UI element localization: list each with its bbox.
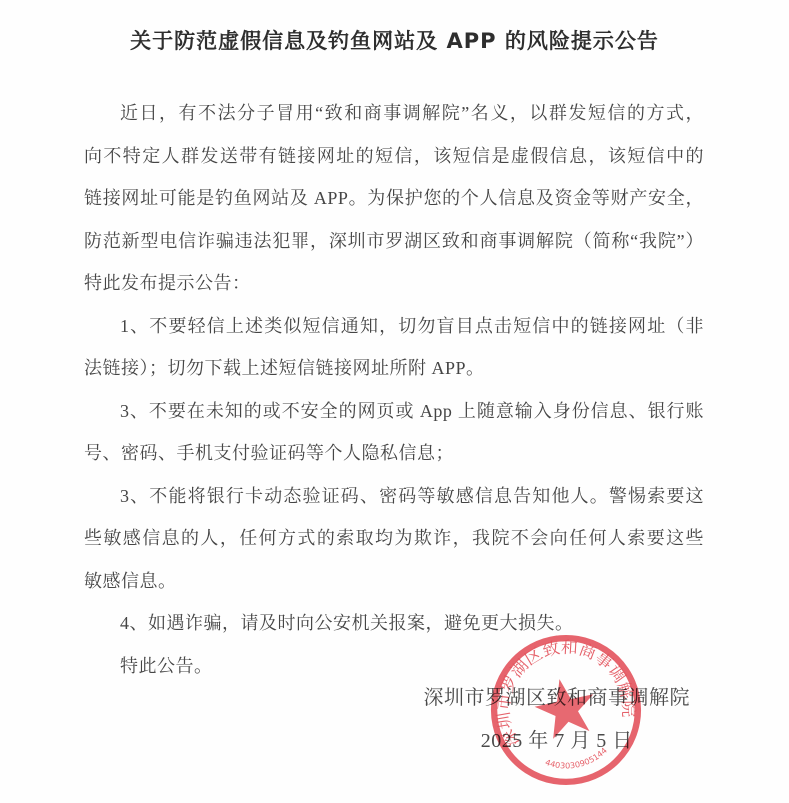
text-line: 1、不要轻信上述类似短信通知，切勿盲目点击短信中的链接网址（非: [84, 305, 704, 348]
text-line: 法链接）；切勿下载上述短信链接网址所附 APP。: [84, 347, 704, 390]
paragraph: 4、如遇诈骗，请及时向公安机关报案，避免更大损失。: [84, 602, 704, 645]
paragraph: 3、不能将银行卡动态验证码、密码等敏感信息告知他人。警惕索要这 些敏感信息的人，…: [84, 475, 704, 603]
signature-block: 深圳市罗湖区致和商事调解院 2025 年 7 月 5 日: [424, 677, 691, 762]
text-line: 3、不能将银行卡动态验证码、密码等敏感信息告知他人。警惕索要这: [84, 475, 704, 518]
text-line: 4、如遇诈骗，请及时向公安机关报案，避免更大损失。: [84, 602, 704, 645]
paragraph: 近日，有不法分子冒用“致和商事调解院”名义，以群发短信的方式， 向不特定人群发送…: [84, 92, 704, 305]
document-page: 关于防范虚假信息及钓鱼网站及 APP 的风险提示公告 近日，有不法分子冒用“致和…: [0, 0, 789, 803]
signature-organization: 深圳市罗湖区致和商事调解院: [424, 677, 691, 720]
document-title: 关于防范虚假信息及钓鱼网站及 APP 的风险提示公告: [0, 25, 789, 55]
text-line: 敏感信息。: [84, 560, 704, 603]
text-line: 些敏感信息的人，任何方式的索取均为欺诈，我院不会向任何人索要这些: [84, 517, 704, 560]
text-line: 链接网址可能是钓鱼网站及 APP。为保护您的个人信息及资金等财产安全，: [84, 177, 704, 220]
text-line: 号、密码、手机支付验证码等个人隐私信息；: [84, 432, 704, 475]
paragraph: 1、不要轻信上述类似短信通知，切勿盲目点击短信中的链接网址（非 法链接）；切勿下…: [84, 305, 704, 390]
text-line: 防范新型电信诈骗违法犯罪，深圳市罗湖区致和商事调解院（简称“我院”）: [84, 220, 704, 263]
text-line: 近日，有不法分子冒用“致和商事调解院”名义，以群发短信的方式，: [84, 92, 704, 135]
paragraph: 3、不要在未知的或不安全的网页或 App 上随意输入身份信息、银行账 号、密码、…: [84, 390, 704, 475]
text-line: 特此发布提示公告：: [84, 262, 704, 305]
text-line: 向不特定人群发送带有链接网址的短信，该短信是虚假信息，该短信中的: [84, 135, 704, 178]
signature-date: 2025 年 7 月 5 日: [481, 720, 633, 763]
document-body: 近日，有不法分子冒用“致和商事调解院”名义，以群发短信的方式， 向不特定人群发送…: [84, 92, 704, 762]
text-line: 3、不要在未知的或不安全的网页或 App 上随意输入身份信息、银行账: [84, 390, 704, 433]
